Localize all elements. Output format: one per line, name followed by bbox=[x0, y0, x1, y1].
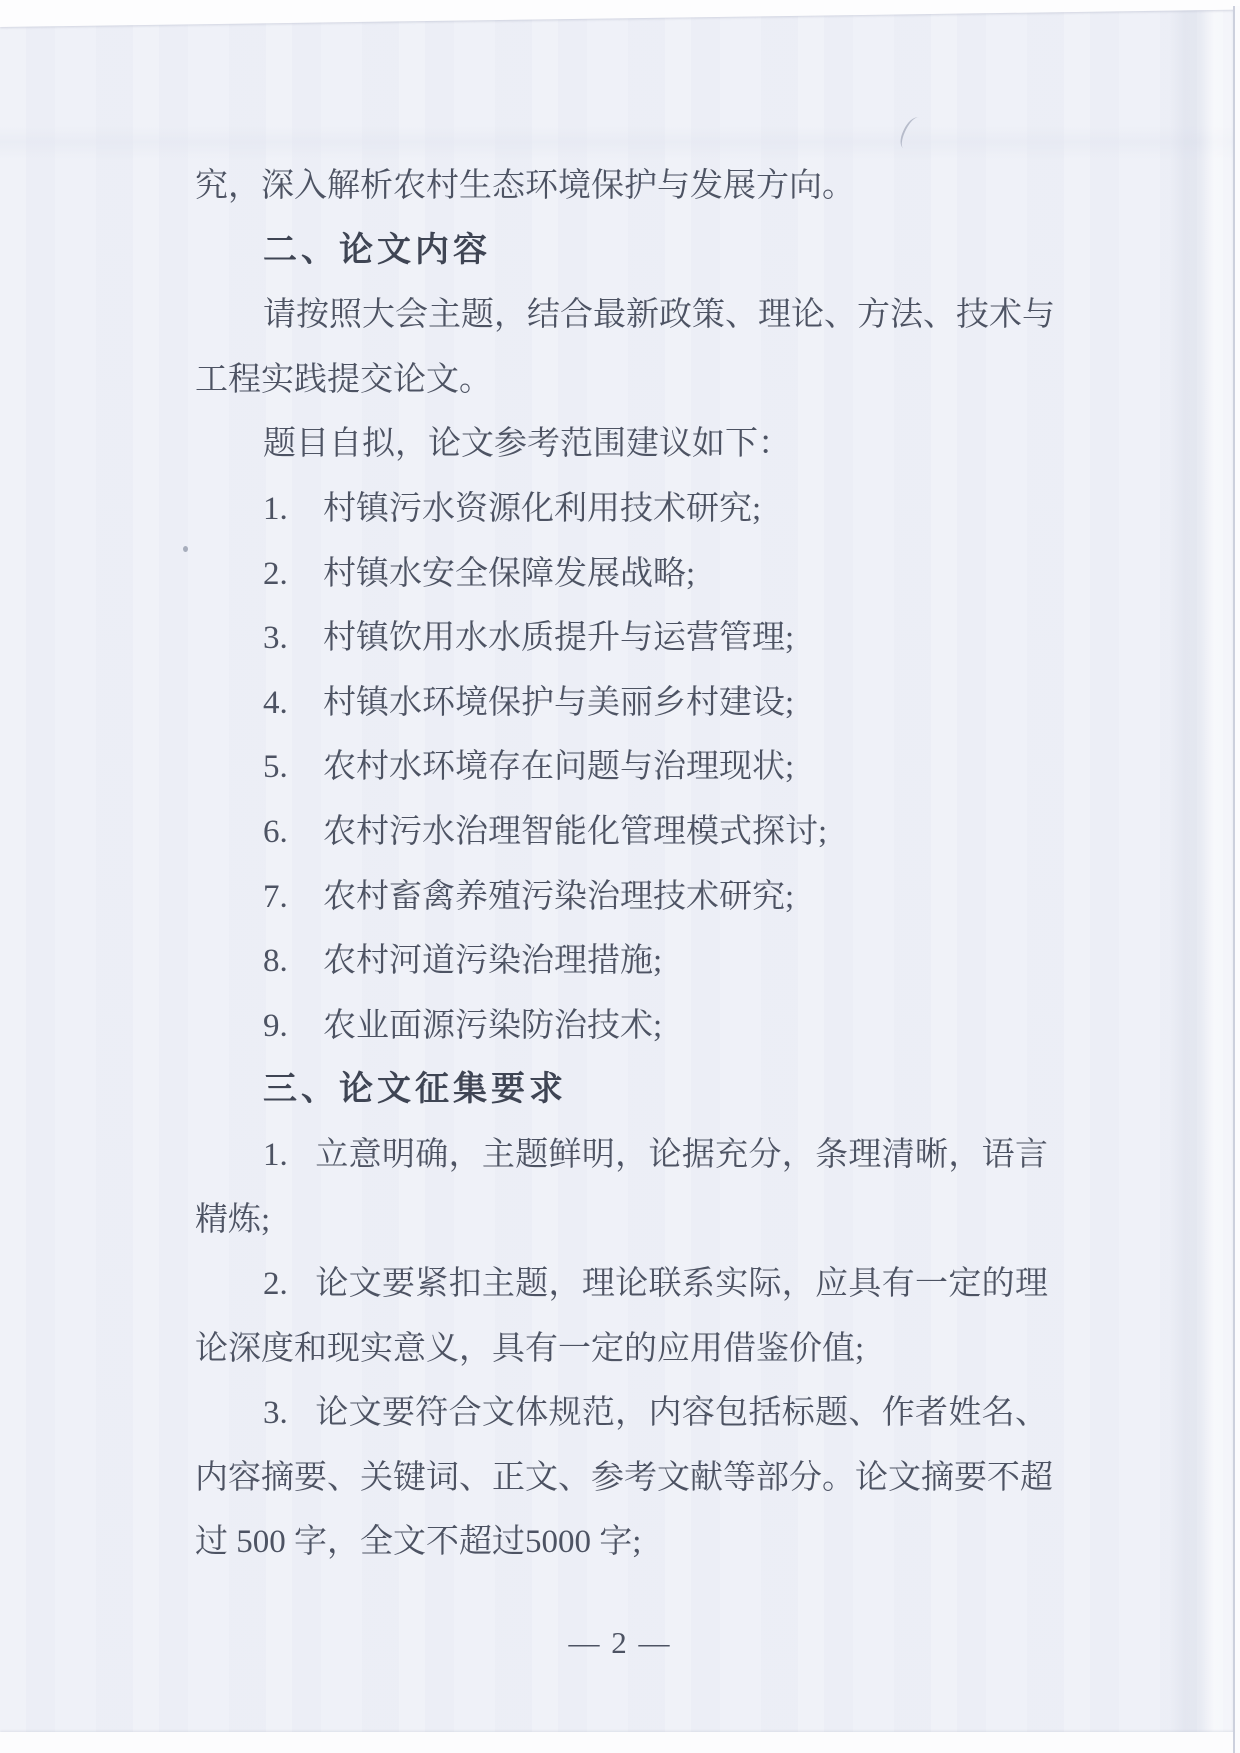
list-item-number: 5. bbox=[263, 735, 323, 800]
text-line: 题目自拟，论文参考范围建议如下： bbox=[195, 412, 1048, 477]
section-heading-3: 三、论文征集要求 bbox=[195, 1058, 1048, 1123]
list-item-text: 村镇饮用水水质提升与运营管理; bbox=[323, 620, 794, 656]
list-item: 7.农村畜禽养殖污染治理技术研究; bbox=[195, 865, 1048, 930]
scan-smudge bbox=[897, 114, 925, 152]
text-line: 论深度和现实意义，具有一定的应用借鉴价值; bbox=[195, 1317, 1048, 1382]
list-item-number: 6. bbox=[263, 800, 323, 865]
section-heading-2: 二、论文内容 bbox=[195, 219, 1048, 284]
numbered-paragraph-line: 3.论文要符合文体规范，内容包括标题、作者姓名、 bbox=[195, 1381, 1048, 1446]
list-item: 2.村镇水安全保障发展战略; bbox=[195, 542, 1048, 607]
paragraph-text: 立意明确，主题鲜明，论据充分，条理清晰，语言 bbox=[315, 1137, 1048, 1173]
page-number: — 2 — bbox=[0, 1622, 1240, 1664]
list-item-text: 村镇水环境保护与美丽乡村建设; bbox=[323, 685, 794, 721]
paragraph-number: 3. bbox=[263, 1381, 315, 1446]
list-item-text: 村镇污水资源化利用技术研究; bbox=[323, 491, 761, 527]
list-item: 6.农村污水治理智能化管理模式探讨; bbox=[195, 800, 1048, 865]
paragraph-number: 1. bbox=[263, 1123, 315, 1188]
scan-top-edge bbox=[0, 0, 1240, 27]
list-item-text: 农村水环境存在问题与治理现状; bbox=[323, 749, 794, 785]
list-item: 9.农业面源污染防治技术; bbox=[195, 994, 1048, 1059]
list-item-text: 村镇水安全保障发展战略; bbox=[323, 556, 695, 592]
list-item: 1.村镇污水资源化利用技术研究; bbox=[195, 477, 1048, 542]
list-item-number: 4. bbox=[263, 671, 323, 736]
document-body: 究，深入解析农村生态环境保护与发展方向。 二、论文内容 请按照大会主题，结合最新… bbox=[195, 154, 1048, 1575]
paragraph-text: 论文要紧扣主题，理论联系实际，应具有一定的理 bbox=[315, 1266, 1048, 1302]
list-item-number: 3. bbox=[263, 606, 323, 671]
list-item-number: 8. bbox=[263, 929, 323, 994]
list-item-text: 农业面源污染防治技术; bbox=[323, 1008, 662, 1044]
text-line: 内容摘要、关键词、正文、参考文献等部分。论文摘要不超 bbox=[195, 1446, 1048, 1511]
text-line: 工程实践提交论文。 bbox=[195, 348, 1048, 413]
paragraph-number: 2. bbox=[263, 1252, 315, 1317]
list-item: 3.村镇饮用水水质提升与运营管理; bbox=[195, 606, 1048, 671]
list-item-text: 农村河道污染治理措施; bbox=[323, 943, 662, 979]
list-item-number: 1. bbox=[263, 477, 323, 542]
list-item: 5.农村水环境存在问题与治理现状; bbox=[195, 735, 1048, 800]
list-item-text: 农村畜禽养殖污染治理技术研究; bbox=[323, 879, 794, 915]
text-line: 精炼; bbox=[195, 1188, 1048, 1253]
scan-speck bbox=[183, 546, 188, 552]
numbered-paragraph-line: 2.论文要紧扣主题，理论联系实际，应具有一定的理 bbox=[195, 1252, 1048, 1317]
scan-bottom-edge bbox=[0, 1732, 1240, 1753]
numbered-paragraph-line: 1.立意明确，主题鲜明，论据充分，条理清晰，语言 bbox=[195, 1123, 1048, 1188]
text-line: 请按照大会主题，结合最新政策、理论、方法、技术与 bbox=[195, 283, 1048, 348]
paragraph-text: 论文要符合文体规范，内容包括标题、作者姓名、 bbox=[315, 1395, 1048, 1431]
text-line: 过 500 字，全文不超过5000 字; bbox=[195, 1510, 1048, 1575]
list-item-number: 9. bbox=[263, 994, 323, 1059]
text-line: 究，深入解析农村生态环境保护与发展方向。 bbox=[195, 154, 1048, 219]
list-item-text: 农村污水治理智能化管理模式探讨; bbox=[323, 814, 827, 850]
document-page: 究，深入解析农村生态环境保护与发展方向。 二、论文内容 请按照大会主题，结合最新… bbox=[0, 0, 1240, 1753]
list-item-number: 2. bbox=[263, 542, 323, 607]
list-item: 4.村镇水环境保护与美丽乡村建设; bbox=[195, 671, 1048, 736]
list-item-number: 7. bbox=[263, 865, 323, 930]
list-item: 8.农村河道污染治理措施; bbox=[195, 929, 1048, 994]
scan-right-edge-strip bbox=[1235, 6, 1240, 1753]
